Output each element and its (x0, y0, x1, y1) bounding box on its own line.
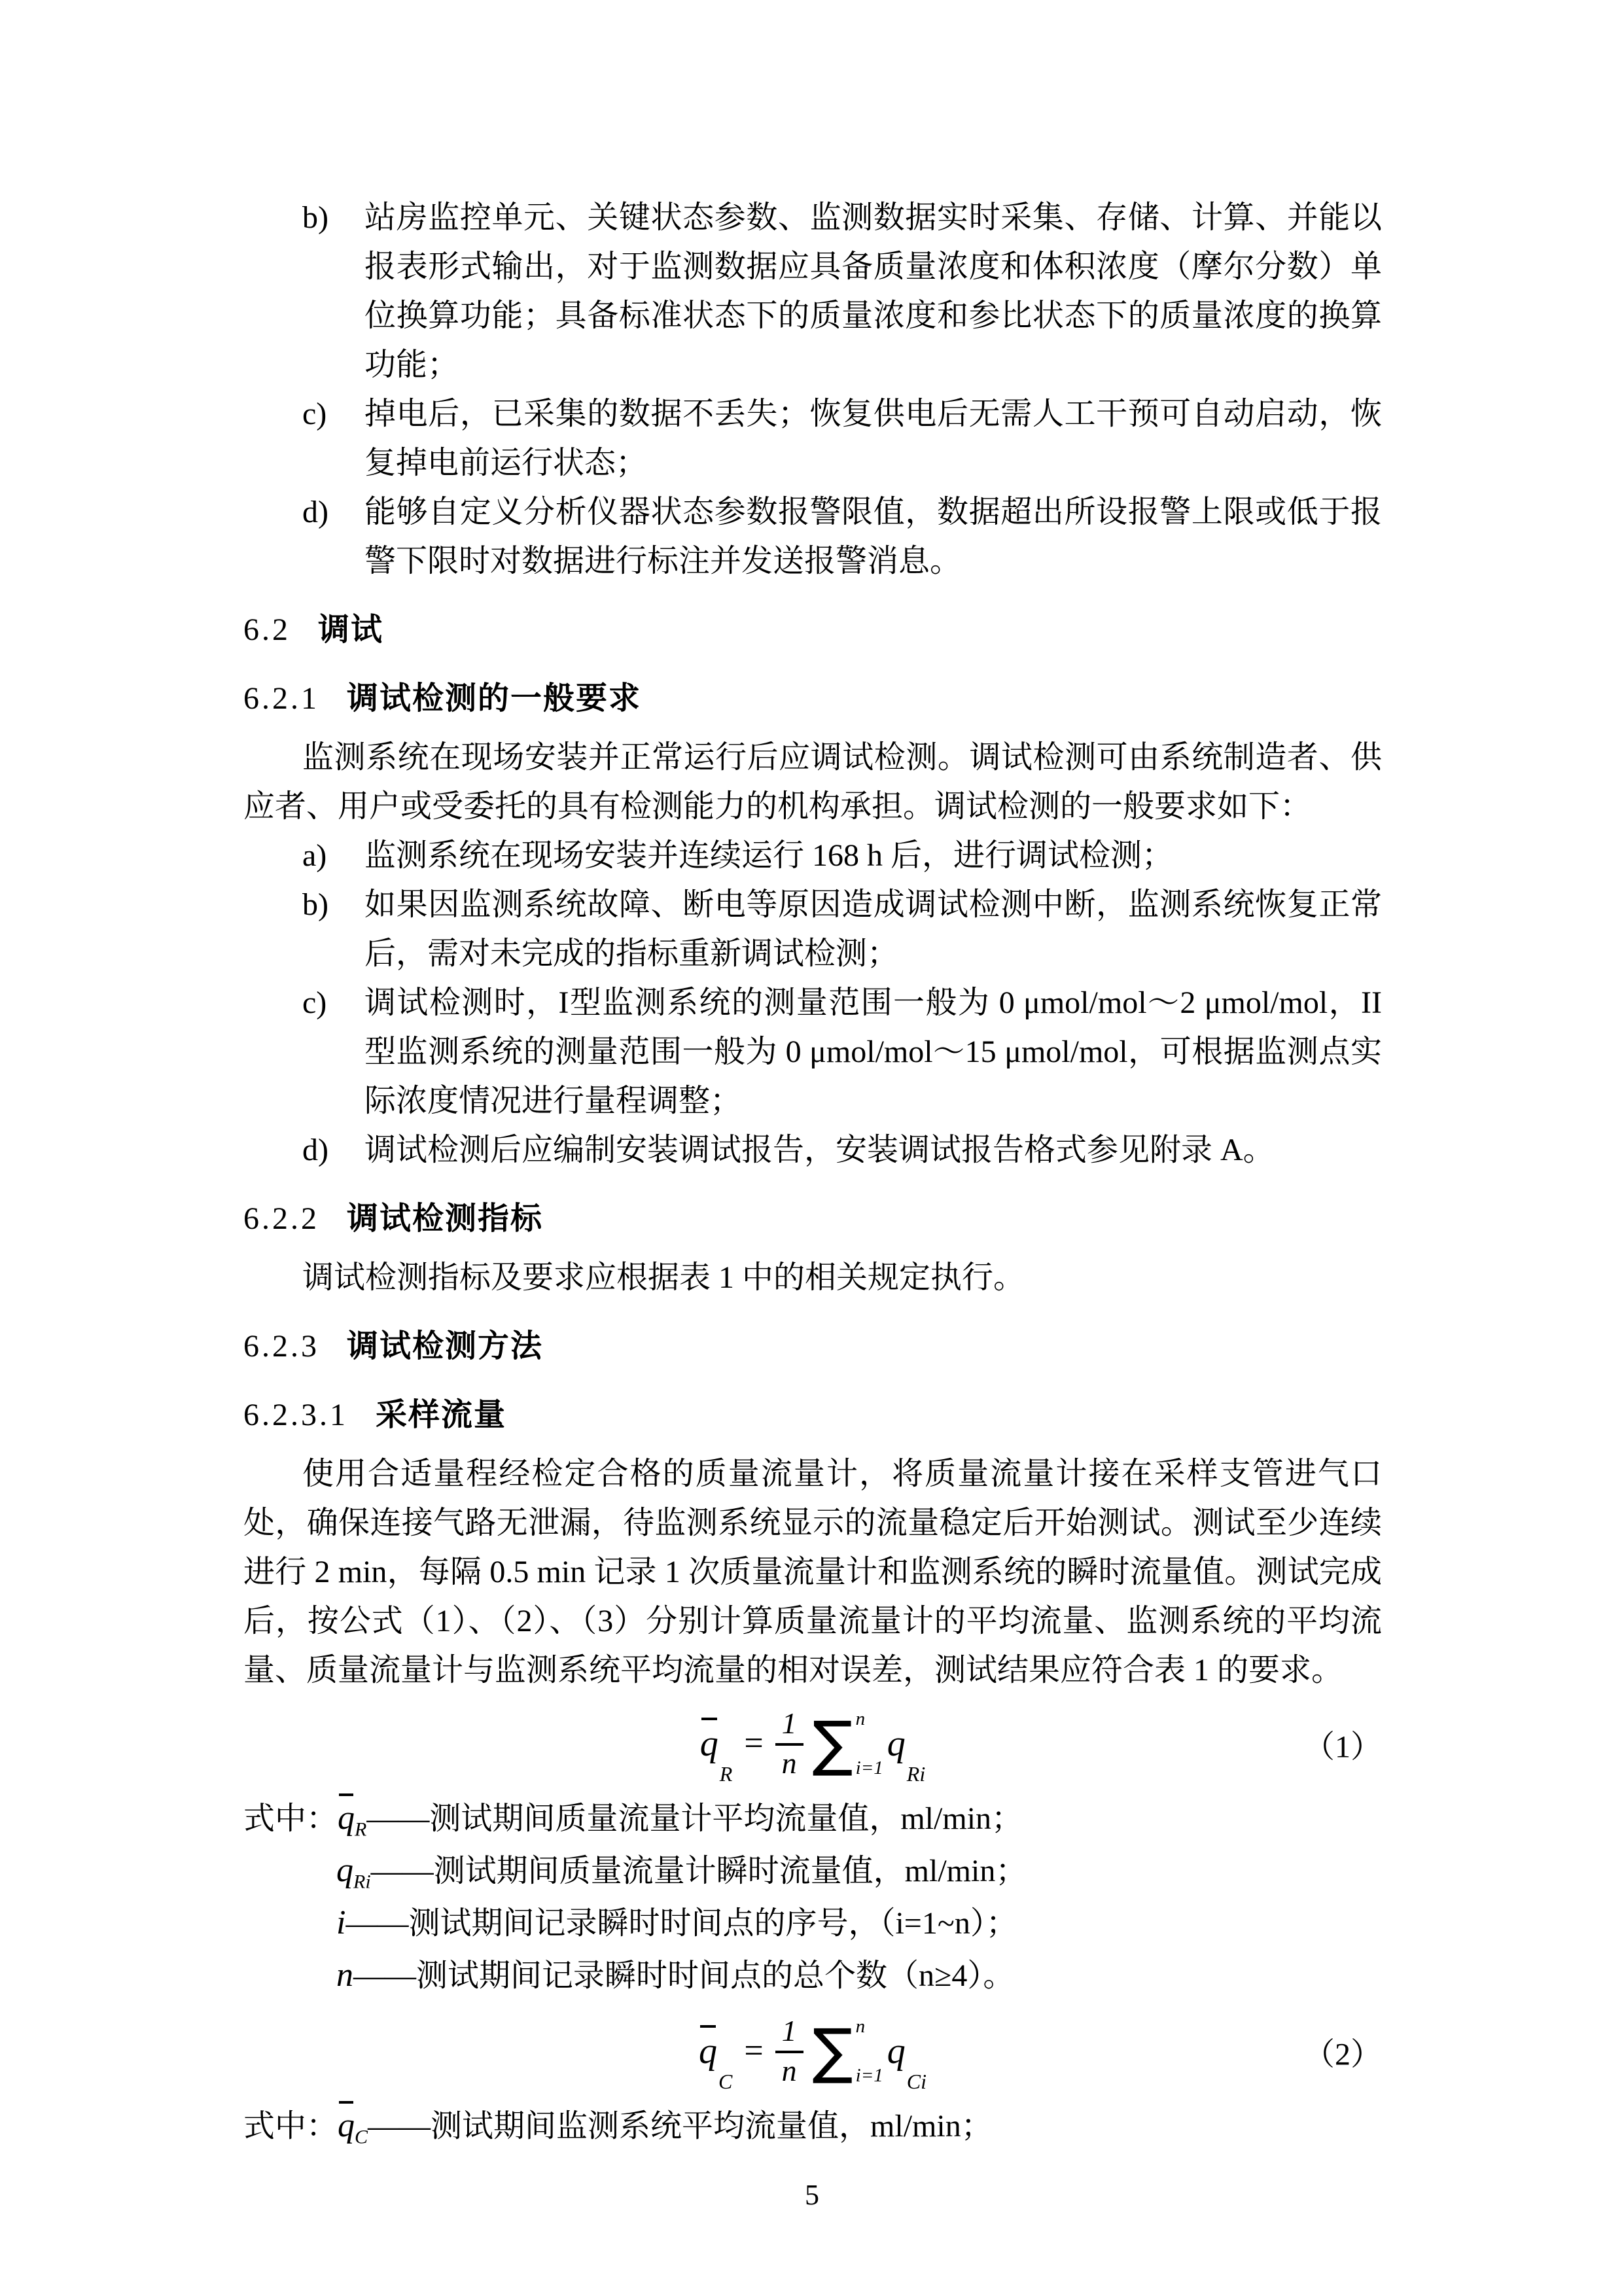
fraction-numerator: 1 (775, 1707, 803, 1746)
note-symbol-letter: i (336, 1906, 345, 1940)
formula-term: q (887, 2033, 906, 2070)
section-title: 调试检测方法 (347, 1329, 543, 1364)
section-heading-6-2-3: 6.2.3调试检测方法 (243, 1322, 1382, 1371)
note-symbol-letter: q (338, 1801, 355, 1835)
fraction-numerator: 1 (775, 2015, 803, 2053)
section-number: 6.2 (243, 612, 291, 647)
formula-lhs-subscript: C (718, 2071, 732, 2092)
formula-lhs: q (700, 1725, 718, 1762)
list-marker: c) (302, 389, 364, 438)
equation-number-2: （2） (1303, 2029, 1382, 2074)
list-item: b) 如果因监测系统故障、断电等原因造成调试检测中断，监测系统恢复正常后，需对未… (243, 880, 1382, 978)
section-number: 6.2.2 (243, 1201, 319, 1236)
section-number: 6.2.3.1 (243, 1398, 348, 1432)
list-item: c) 调试检测时，I型监测系统的测量范围一般为 0 μmol/mol～2 μmo… (243, 978, 1382, 1125)
formula-term-subscript: Ci (907, 2071, 927, 2092)
section-title: 调试 (318, 612, 383, 647)
note-description: ——测试期间记录瞬时时间点的总个数（n≥4）。 (353, 1958, 1014, 1993)
formula-note-line: n——测试期间记录瞬时时间点的总个数（n≥4）。 (243, 1950, 1382, 2002)
list-item: d) 调试检测后应编制安装调试报告，安装调试报告格式参见附录 A。 (243, 1125, 1382, 1174)
note-description: ——测试期间监测系统平均流量值，ml/min； (368, 2109, 993, 2144)
paragraph-sampling-flow: 使用合适量程经检定合格的质量流量计，将质量流量计接在采样支管进气口处，确保连接气… (243, 1449, 1382, 1695)
fraction: 1 n (775, 1707, 803, 1780)
formula-term: q (887, 1725, 906, 1762)
note-indent (243, 1933, 336, 1934)
formula-term-subscript: Ri (907, 1763, 925, 1784)
list-item: d) 能够自定义分析仪器状态参数报警限值，数据超出所设报警上限或低于报警下限时对… (243, 487, 1382, 586)
summation-sigma: ∑ (813, 1714, 853, 1774)
section-heading-6-2-3-1: 6.2.3.1采样流量 (243, 1390, 1382, 1439)
document-page: b) 站房监控单元、关键状态参数、监测数据实时采集、存储、计算、并能以报表形式输… (0, 0, 1624, 2296)
note-symbol-subscript: C (355, 2127, 368, 2148)
list-item: a) 监测系统在现场安装并连续运行 168 h 后，进行调试检测； (243, 831, 1382, 880)
list-text: 如果因监测系统故障、断电等原因造成调试检测中断，监测系统恢复正常后，需对未完成的… (364, 880, 1382, 978)
formula-note-line: 式中：qR——测试期间质量流量计平均流量值，ml/min； (243, 1793, 1382, 1845)
formula-1: qR = 1 n ∑ n i=1 qRi （1） (243, 1695, 1382, 1793)
note-description: ——测试期间质量流量计瞬时流量值，ml/min； (371, 1854, 1027, 1888)
page-number: 5 (0, 2181, 1624, 2210)
list-marker: b) (302, 193, 364, 242)
summation-lower-limit: i=1 (856, 1759, 883, 1778)
list-marker: d) (302, 1125, 364, 1174)
note-symbol-subscript: R (355, 1819, 366, 1841)
list-marker: c) (302, 978, 364, 1027)
equals-sign: = (744, 2034, 763, 2068)
note-prefix: 式中： (243, 2109, 338, 2144)
formula-note-line: i——测试期间记录瞬时时间点的序号，（i=1~n）； (243, 1898, 1382, 1950)
list-text: 掉电后，已采集的数据不丢失；恢复供电后无需人工干预可自动启动，恢复掉电前运行状态… (364, 389, 1382, 487)
note-description: ——测试期间质量流量计平均流量值，ml/min； (366, 1801, 1023, 1836)
list-item: b) 站房监控单元、关键状态参数、监测数据实时采集、存储、计算、并能以报表形式输… (243, 193, 1382, 389)
fraction-denominator: n (782, 1746, 797, 1780)
section-title: 调试检测的一般要求 (347, 681, 641, 716)
list-marker: b) (302, 880, 364, 929)
note-description: ——测试期间记录瞬时时间点的序号，（i=1~n）； (345, 1906, 1017, 1941)
list-text: 调试检测时，I型监测系统的测量范围一般为 0 μmol/mol～2 μmol/m… (364, 978, 1382, 1125)
list-text: 能够自定义分析仪器状态参数报警限值，数据超出所设报警上限或低于报警下限时对数据进… (364, 487, 1382, 586)
list-item: c) 掉电后，已采集的数据不丢失；恢复供电后无需人工干预可自动启动，恢复掉电前运… (243, 389, 1382, 487)
formula-lhs: q (699, 2033, 717, 2070)
note-symbol: qC (338, 2100, 368, 2153)
formula-2: qC = 1 n ∑ n i=1 qCi （2） (243, 2002, 1382, 2100)
fraction-denominator: n (782, 2053, 797, 2088)
formula-lhs-subscript: R (720, 1763, 733, 1784)
note-indent (243, 1985, 336, 1986)
section-heading-6-2: 6.2调试 (243, 605, 1382, 654)
note-symbol: qR (338, 1793, 366, 1845)
formula-note-line: qRi——测试期间质量流量计瞬时流量值，ml/min； (243, 1845, 1382, 1898)
note-symbol: qRi (336, 1845, 371, 1898)
section-heading-6-2-1: 6.2.1调试检测的一般要求 (243, 674, 1382, 723)
list-text: 站房监控单元、关键状态参数、监测数据实时采集、存储、计算、并能以报表形式输出，对… (364, 193, 1382, 389)
section-number: 6.2.3 (243, 1329, 319, 1364)
formula-2-expression: qC = 1 n ∑ n i=1 qCi (699, 2015, 927, 2087)
section-title: 采样流量 (376, 1398, 506, 1432)
note-symbol: i (336, 1898, 345, 1950)
note-indent (243, 1881, 336, 1881)
summation-limits: n i=1 (856, 1710, 883, 1778)
summation-limits: n i=1 (856, 2017, 883, 2085)
summation: ∑ n i=1 (813, 2017, 883, 2085)
section-number: 6.2.1 (243, 681, 319, 716)
list-marker: a) (302, 831, 364, 880)
note-symbol-letter: n (336, 1958, 353, 1992)
paragraph-indicators: 调试检测指标及要求应根据表 1 中的相关规定执行。 (243, 1253, 1382, 1302)
section-title: 调试检测指标 (347, 1201, 543, 1236)
equals-sign: = (744, 1727, 763, 1761)
requirements-list: a) 监测系统在现场安装并连续运行 168 h 后，进行调试检测； b) 如果因… (243, 831, 1382, 1174)
document-content: b) 站房监控单元、关键状态参数、监测数据实时采集、存储、计算、并能以报表形式输… (0, 0, 1624, 2153)
list-text: 监测系统在现场安装并连续运行 168 h 后，进行调试检测； (364, 831, 1382, 880)
formula-note-line: 式中：qC——测试期间监测系统平均流量值，ml/min； (243, 2100, 1382, 2153)
paragraph-general-requirements: 监测系统在现场安装并正常运行后应调试检测。调试检测可由系统制造者、供应者、用户或… (243, 733, 1382, 831)
formula-2-notes: 式中：qC——测试期间监测系统平均流量值，ml/min； (243, 2100, 1382, 2153)
summation-sigma: ∑ (813, 2021, 853, 2081)
note-symbol-subscript: Ri (353, 1871, 371, 1893)
summation-lower-limit: i=1 (856, 2066, 883, 2085)
summation-upper-limit: n (856, 2017, 883, 2036)
note-symbol-letter: q (338, 2109, 355, 2143)
summation-upper-limit: n (856, 1710, 883, 1729)
intro-list: b) 站房监控单元、关键状态参数、监测数据实时采集、存储、计算、并能以报表形式输… (243, 193, 1382, 586)
note-prefix: 式中： (243, 1801, 338, 1836)
summation: ∑ n i=1 (813, 1710, 883, 1778)
equation-number-1: （1） (1303, 1722, 1382, 1767)
list-marker: d) (302, 487, 364, 537)
note-symbol: n (336, 1950, 353, 2002)
list-text: 调试检测后应编制安装调试报告，安装调试报告格式参见附录 A。 (364, 1125, 1382, 1174)
section-heading-6-2-2: 6.2.2调试检测指标 (243, 1194, 1382, 1243)
fraction: 1 n (775, 2015, 803, 2087)
note-symbol-letter: q (336, 1854, 353, 1888)
formula-1-expression: qR = 1 n ∑ n i=1 qRi (700, 1707, 925, 1780)
formula-1-notes: 式中：qR——测试期间质量流量计平均流量值，ml/min； qRi——测试期间质… (243, 1793, 1382, 2002)
